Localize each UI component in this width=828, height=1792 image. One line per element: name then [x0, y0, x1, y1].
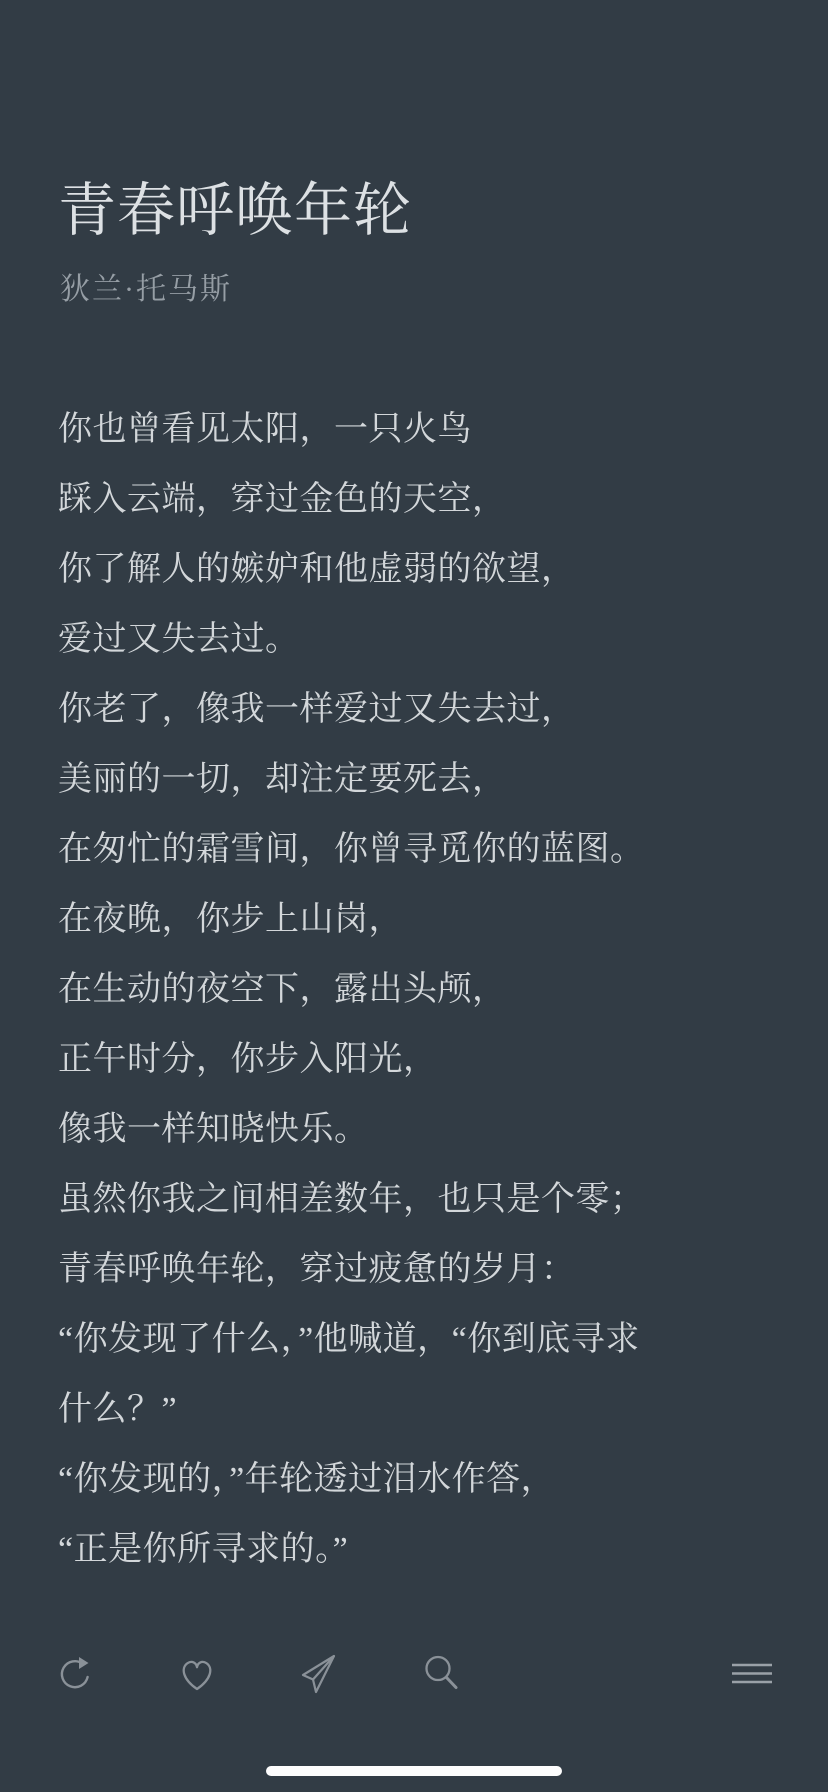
- poem-line: 美丽的一切，却注定要死去，: [58, 740, 788, 810]
- search-button[interactable]: [416, 1648, 468, 1700]
- poem-line: “你发现的，”年轮透过泪水作答，: [58, 1440, 788, 1510]
- send-icon: [298, 1652, 340, 1696]
- poem-reader-screen: 青春呼唤年轮 狄兰·托马斯 你也曾看见太阳，一只火鸟踩入云端，穿过金色的天空，你…: [0, 0, 828, 1792]
- poem-line: 你了解人的嫉妒和他虚弱的欲望，: [58, 530, 788, 600]
- heart-icon: [175, 1654, 219, 1694]
- search-icon: [421, 1653, 463, 1695]
- home-indicator[interactable]: [266, 1766, 562, 1776]
- poem-line: 你老了，像我一样爱过又失去过，: [58, 670, 788, 740]
- poem-line: 正午时分，你步入阳光，: [58, 1020, 788, 1090]
- poem-line: 爱过又失去过。: [58, 600, 788, 670]
- poem-line: 像我一样知晓快乐。: [58, 1090, 788, 1160]
- poem-line: 在夜晚，你步上山岗，: [58, 880, 788, 950]
- bottom-toolbar: [0, 1648, 828, 1700]
- page-title: 青春呼唤年轮: [58, 178, 412, 245]
- refresh-button[interactable]: [49, 1648, 101, 1700]
- poem-line: “你发现了什么，”他喊道，“你到底寻求: [58, 1300, 788, 1370]
- menu-button[interactable]: [726, 1648, 778, 1700]
- poem-line: 青春呼唤年轮，穿过疲惫的岁月：: [58, 1230, 788, 1300]
- poem-author: 狄兰·托马斯: [60, 264, 232, 308]
- poem-line: “正是你所寻求的。”: [58, 1510, 788, 1580]
- refresh-icon: [55, 1652, 95, 1696]
- menu-icon: [731, 1663, 773, 1685]
- poem-text: 你也曾看见太阳，一只火鸟踩入云端，穿过金色的天空，你了解人的嫉妒和他虚弱的欲望，…: [58, 390, 788, 1580]
- send-button[interactable]: [293, 1648, 345, 1700]
- poem-line: 在匆忙的霜雪间，你曾寻觅你的蓝图。: [58, 810, 788, 880]
- poem-line: 虽然你我之间相差数年，也只是个零；: [58, 1160, 788, 1230]
- poem-line: 什么？”: [58, 1370, 788, 1440]
- poem-line: 踩入云端，穿过金色的天空，: [58, 460, 788, 530]
- poem-line: 你也曾看见太阳，一只火鸟: [58, 390, 788, 460]
- favorite-button[interactable]: [171, 1648, 223, 1700]
- poem-line: 在生动的夜空下，露出头颅，: [58, 950, 788, 1020]
